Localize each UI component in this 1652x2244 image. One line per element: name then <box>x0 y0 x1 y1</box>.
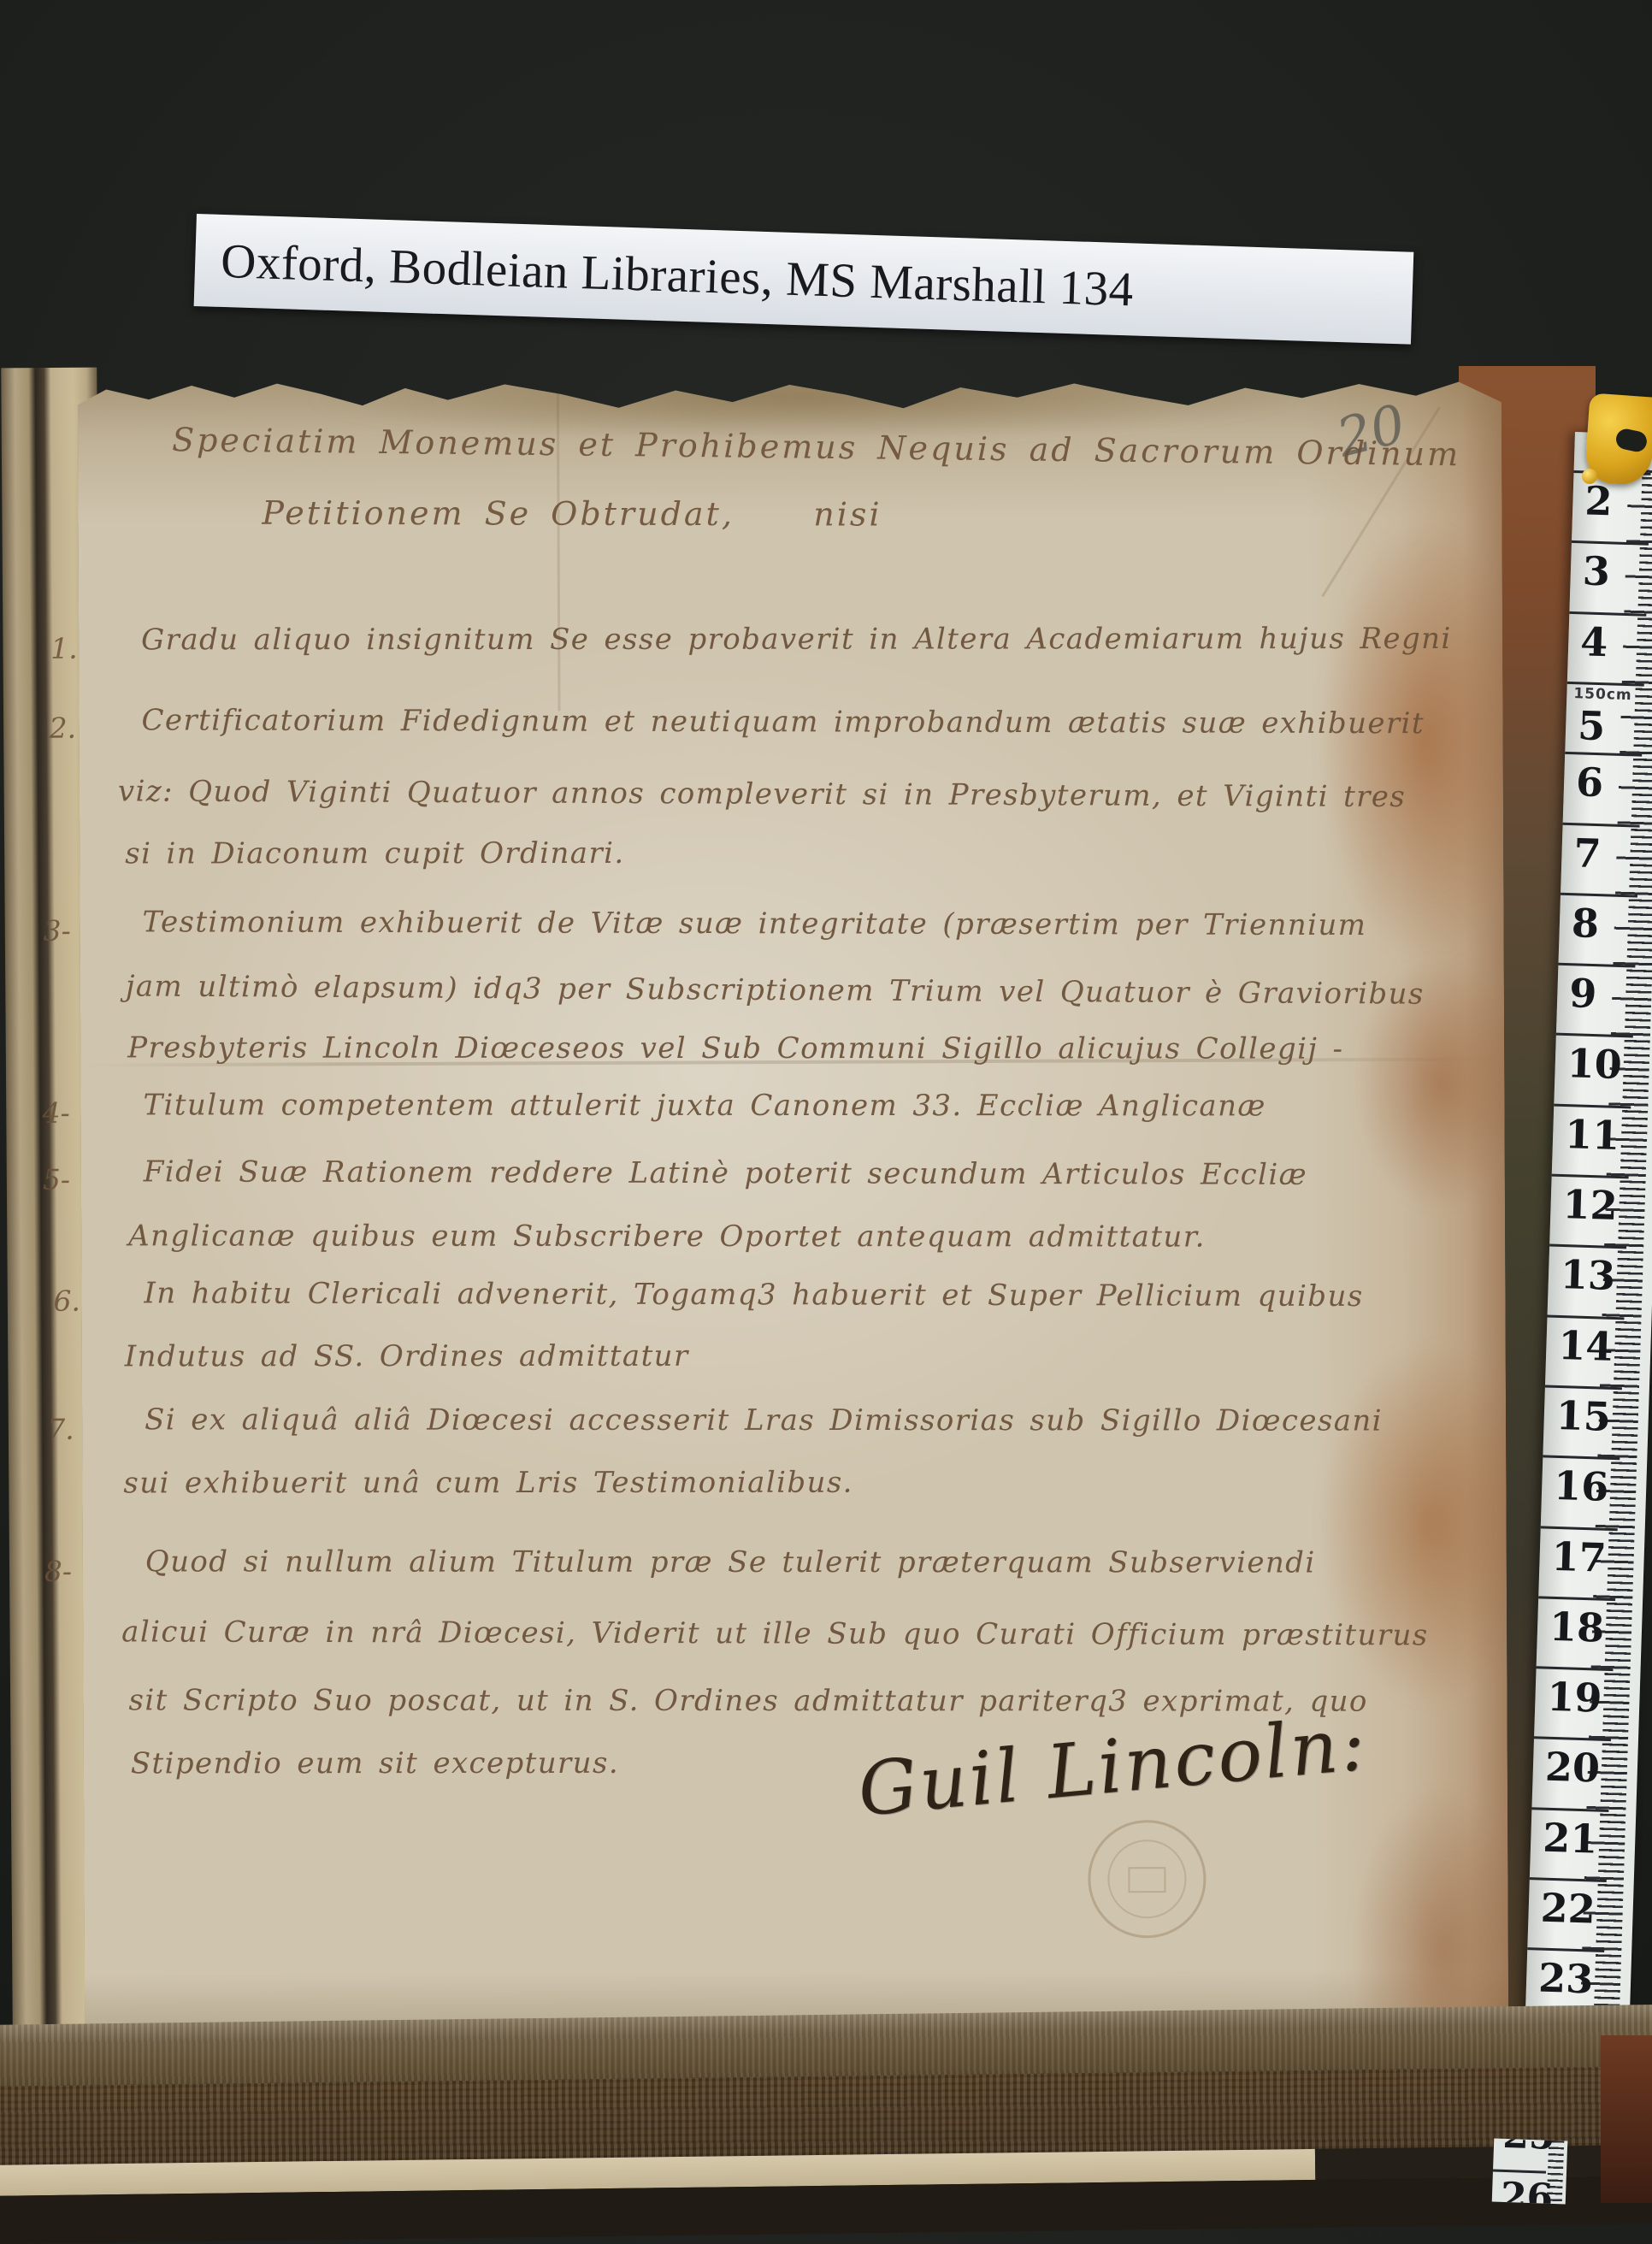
item-line: Si ex aliquâ aliâ Diœcesi accesserit Lra… <box>145 1405 1383 1435</box>
item-number: 5- <box>43 1163 70 1196</box>
ruler-number: 20 <box>1544 1747 1600 1788</box>
tape-brass-rivet <box>1582 469 1597 484</box>
ruler-number: 3 <box>1582 552 1610 592</box>
heading-line: Petitionem Se Obtrudat, nisi <box>262 497 882 531</box>
ruler-cm-cell: 18 <box>1537 1596 1643 1669</box>
ruler-number: 2 <box>1584 481 1613 521</box>
item-line: Quod si nullum alium Titulum præ Se tule… <box>145 1547 1316 1577</box>
ruler-cm-cell: 13 <box>1548 1244 1652 1318</box>
ruler-number: 14 <box>1558 1326 1614 1367</box>
ruler-number: 22 <box>1540 1888 1596 1929</box>
item-line: Anglicanæ quibus eum Subscribere Oportet… <box>128 1221 1206 1251</box>
item-line: Presbyteris Lincoln Diœceseos vel Sub Co… <box>127 1033 1343 1063</box>
item-number: 2. <box>49 712 76 745</box>
ruler-cm-cell: 7 <box>1561 822 1652 895</box>
item-number: 3- <box>44 914 71 948</box>
ruler-number: 16 <box>1554 1466 1609 1507</box>
item-line: sit Scripto Suo poscat, ut in S. Ordines… <box>129 1686 1368 1715</box>
photo-root: { "label": { "text": "Oxford, Bodleian L… <box>0 0 1652 2203</box>
tape-fragment-cm-line <box>1493 2170 1546 2174</box>
handwriting-layer: 20 Guil Lincoln: Speciatim Monemus et Pr… <box>78 373 1508 2034</box>
item-number: 6. <box>53 1284 80 1318</box>
ruler-number: 23 <box>1537 1958 1593 1999</box>
heading-line: Speciatim Monemus et Prohibemus Nequis a… <box>172 423 1460 470</box>
ruler-number: 12 <box>1562 1184 1618 1225</box>
bottom-right-board-corner <box>1601 2035 1652 2203</box>
tape-fragment-number: 25 <box>1502 2139 1556 2156</box>
ruler-number: 18 <box>1549 1607 1604 1648</box>
ruler-cm-cell: 10 <box>1554 1033 1652 1107</box>
ruler-cm-cell: 14 <box>1545 1314 1652 1388</box>
item-line: Gradu aliquo insignitum Se esse probaver… <box>141 624 1452 654</box>
stamp-open-book-emblem <box>1128 1867 1165 1893</box>
ruler-number: 6 <box>1575 762 1603 802</box>
ruler-cm-cell: 15 <box>1543 1385 1649 1458</box>
ruler-cm-cell: 4 <box>1567 611 1652 684</box>
ruler-number: 4 <box>1580 622 1608 662</box>
item-line: Stipendio eum sit excepturus. <box>131 1749 619 1778</box>
ruler-cm-cell: 9 <box>1556 963 1652 1036</box>
item-line: si in Diaconum cupit Ordinari. <box>125 839 624 869</box>
bishop-signature: Guil Lincoln: <box>855 1701 1372 1833</box>
item-line: Testimonium exhibuerit de Vitæ suæ integ… <box>143 907 1367 940</box>
item-number: 4- <box>42 1096 69 1130</box>
ruler-cm-cell: 150cm5 <box>1565 682 1652 755</box>
ruler-number: 7 <box>1573 833 1602 873</box>
ruler-cm-cell: 12 <box>1549 1174 1652 1248</box>
tape-bottom-fragment: 2526 <box>1492 2139 1568 2203</box>
ruler-cm-cell: 20 <box>1531 1737 1638 1810</box>
shelfmark-label: Oxford, Bodleian Libraries, MS Marshall … <box>194 214 1414 345</box>
ruler-cm-cell: 11 <box>1552 1103 1652 1177</box>
ruler-cm-cell: 16 <box>1541 1456 1648 1529</box>
book-bottom-edge <box>0 2005 1652 2203</box>
tape-length-label: 150cm <box>1573 685 1632 704</box>
ruler-number: 9 <box>1569 973 1597 1013</box>
ruler-cm-cell: 17 <box>1538 1526 1645 1599</box>
ruler-number: 5 <box>1578 706 1606 746</box>
ruler-cm-cell: 3 <box>1569 540 1652 614</box>
item-line: Indutus ad SS. Ordines admittatur <box>125 1342 689 1372</box>
shelfmark-label-text: Oxford, Bodleian Libraries, MS Marshall … <box>194 232 1134 316</box>
item-number: 1. <box>50 632 78 665</box>
item-line: alicui Curæ in nrâ Diœcesi, Viderit ut i… <box>121 1617 1429 1650</box>
library-ink-stamp <box>1088 1820 1207 1939</box>
ruler-number: 13 <box>1560 1255 1615 1296</box>
ruler-cm-cell: 21 <box>1530 1807 1637 1881</box>
item-line: Certificatorium Fidedignum et neutiquam … <box>141 706 1424 738</box>
ruler-number: 19 <box>1547 1677 1602 1718</box>
ruler-cm-cell: 22 <box>1527 1877 1634 1951</box>
tape-clip-hole <box>1614 427 1649 453</box>
ruler-cm-cell: 6 <box>1563 752 1652 825</box>
tape-fragment-number: 26 <box>1500 2178 1554 2203</box>
ruler-number: 21 <box>1543 1817 1598 1858</box>
ruler-cm-cell: 19 <box>1534 1666 1641 1739</box>
item-number: 7. <box>47 1413 74 1446</box>
ruler-number: 10 <box>1566 1043 1622 1084</box>
item-line: Titulum competentem attulerit juxta Cano… <box>143 1090 1266 1120</box>
ruler-number: 17 <box>1551 1536 1607 1577</box>
item-line: In habitu Clericali advenerit, Togamq3 h… <box>144 1278 1363 1311</box>
item-line: Fidei Suæ Rationem reddere Latinè poteri… <box>144 1157 1307 1190</box>
item-line: sui exhibuerit unâ cum Lris Testimoniali… <box>123 1468 853 1498</box>
ruler-number: 8 <box>1571 903 1599 943</box>
item-line: jam ultimò elapsum) idq3 per Subscriptio… <box>126 971 1425 1008</box>
ruler-cm-cell: 8 <box>1559 893 1652 966</box>
ruler-number: 11 <box>1564 1114 1620 1155</box>
ruler-number: 15 <box>1555 1396 1611 1437</box>
item-number: 8- <box>44 1555 72 1588</box>
item-line: viz: Quod Viginti Quatuor annos compleve… <box>118 777 1406 812</box>
